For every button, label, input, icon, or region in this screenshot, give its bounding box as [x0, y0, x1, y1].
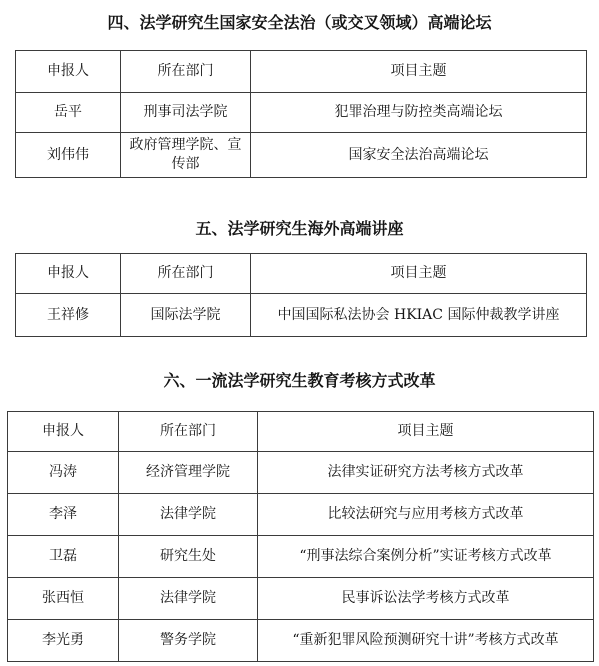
table-row: 张西恒 法律学院 民事诉讼法学考核方式改革 [8, 578, 594, 620]
department-cell: 法律学院 [119, 494, 258, 536]
section-4-table: 申报人 所在部门 项目主题 岳平 刑事司法学院 犯罪治理与防控类高端论坛 刘伟伟… [15, 50, 587, 178]
column-header-applicant: 申报人 [8, 412, 119, 452]
topic-cell: 中国国际私法协会 HKIAC 国际仲裁教学讲座 [251, 294, 587, 337]
table-row: 刘伟伟 政府管理学院、宣传部 国家安全法治高端论坛 [16, 133, 587, 178]
topic-cell: 法律实证研究方法考核方式改革 [258, 452, 594, 494]
table-row: 李光勇 警务学院 “重新犯罪风险预测研究十讲”考核方式改革 [8, 620, 594, 662]
section-5-title: 五、法学研究生海外高端讲座 [0, 218, 599, 240]
table-header-row: 申报人 所在部门 项目主题 [8, 412, 594, 452]
table-row: 李泽 法律学院 比较法研究与应用考核方式改革 [8, 494, 594, 536]
table-row: 卫磊 研究生处 “刑事法综合案例分析”实证考核方式改革 [8, 536, 594, 578]
table-row: 王祥修 国际法学院 中国国际私法协会 HKIAC 国际仲裁教学讲座 [16, 294, 587, 337]
department-cell: 研究生处 [119, 536, 258, 578]
applicant-cell: 刘伟伟 [16, 133, 121, 178]
topic-cell: 犯罪治理与防控类高端论坛 [251, 93, 587, 133]
section-6-table: 申报人 所在部门 项目主题 冯涛 经济管理学院 法律实证研究方法考核方式改革 李… [7, 411, 594, 662]
department-cell: 警务学院 [119, 620, 258, 662]
column-header-department: 所在部门 [119, 412, 258, 452]
department-cell: 经济管理学院 [119, 452, 258, 494]
department-cell: 政府管理学院、宣传部 [121, 133, 251, 178]
applicant-cell: 王祥修 [16, 294, 121, 337]
table-header-row: 申报人 所在部门 项目主题 [16, 254, 587, 294]
applicant-cell: 冯涛 [8, 452, 119, 494]
table-row: 冯涛 经济管理学院 法律实证研究方法考核方式改革 [8, 452, 594, 494]
applicant-cell: 李泽 [8, 494, 119, 536]
column-header-topic: 项目主题 [251, 254, 587, 294]
section-5-table: 申报人 所在部门 项目主题 王祥修 国际法学院 中国国际私法协会 HKIAC 国… [15, 253, 587, 337]
section-6-title: 六、一流法学研究生教育考核方式改革 [0, 370, 599, 392]
applicant-cell: 卫磊 [8, 536, 119, 578]
column-header-topic: 项目主题 [251, 51, 587, 93]
department-cell: 国际法学院 [121, 294, 251, 337]
document-page: 四、法学研究生国家安全法治（或交叉领域）高端论坛 申报人 所在部门 项目主题 岳… [0, 0, 599, 666]
department-cell: 刑事司法学院 [121, 93, 251, 133]
column-header-department: 所在部门 [121, 254, 251, 294]
applicant-cell: 张西恒 [8, 578, 119, 620]
table-header-row: 申报人 所在部门 项目主题 [16, 51, 587, 93]
topic-cell: “重新犯罪风险预测研究十讲”考核方式改革 [258, 620, 594, 662]
column-header-applicant: 申报人 [16, 254, 121, 294]
topic-cell: 民事诉讼法学考核方式改革 [258, 578, 594, 620]
column-header-department: 所在部门 [121, 51, 251, 93]
section-4-title: 四、法学研究生国家安全法治（或交叉领域）高端论坛 [0, 0, 599, 34]
topic-cell: 国家安全法治高端论坛 [251, 133, 587, 178]
topic-cell: 比较法研究与应用考核方式改革 [258, 494, 594, 536]
topic-cell: “刑事法综合案例分析”实证考核方式改革 [258, 536, 594, 578]
table-row: 岳平 刑事司法学院 犯罪治理与防控类高端论坛 [16, 93, 587, 133]
column-header-topic: 项目主题 [258, 412, 594, 452]
applicant-cell: 李光勇 [8, 620, 119, 662]
applicant-cell: 岳平 [16, 93, 121, 133]
department-cell: 法律学院 [119, 578, 258, 620]
column-header-applicant: 申报人 [16, 51, 121, 93]
